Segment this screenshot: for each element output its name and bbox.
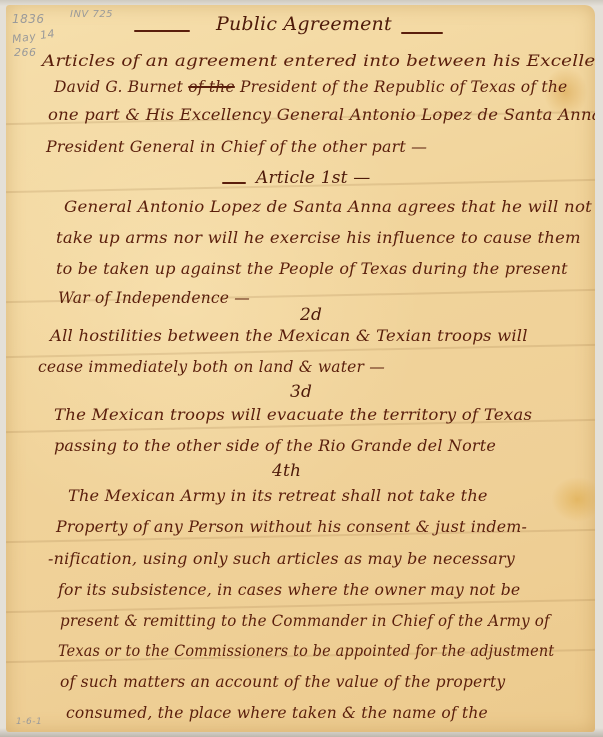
- archival-year: 1836: [12, 13, 45, 25]
- article-3-line-2: passing to the other side of the Rio Gra…: [54, 437, 496, 455]
- article-4-line-7: of such matters an account of the value …: [60, 673, 505, 691]
- preamble-line-2: David G. Burnet of the President of the …: [54, 78, 567, 96]
- article-4-line-5: present & remitting to the Commander in …: [60, 612, 550, 630]
- archival-footer-ref: 1-6-1: [16, 716, 42, 728]
- bleed-through: [6, 344, 595, 358]
- manuscript-page: 1836 INV 725 May 14 266 1-6-1 Public Agr…: [6, 5, 595, 732]
- archival-number: 266: [14, 47, 37, 59]
- article-3-heading: 3d: [290, 382, 312, 402]
- article-4-line-2: Property of any Person without his conse…: [56, 518, 527, 536]
- article-4-heading: 4th: [272, 461, 301, 481]
- preamble-line-1: Articles of an agreement entered into be…: [42, 52, 595, 70]
- document-title: Public Agreement: [216, 13, 392, 35]
- article-1-line-4: War of Independence —: [58, 289, 250, 307]
- article-4-line-3: -nification, using only such articles as…: [48, 550, 515, 568]
- signatory-burnet: David G. Burnet: [54, 78, 183, 96]
- archival-date: May 14: [11, 28, 55, 46]
- scan-frame: 1836 INV 725 May 14 266 1-6-1 Public Agr…: [0, 0, 603, 737]
- title-dash-left: [134, 30, 190, 32]
- archival-inventory: INV 725: [70, 9, 113, 21]
- article-3-line-1: The Mexican troops will evacuate the ter…: [54, 406, 532, 424]
- article-1-line-1: General Antonio Lopez de Santa Anna agre…: [64, 198, 592, 216]
- preamble-line-4: President General in Chief of the other …: [46, 138, 427, 156]
- article-1-line-2: take up arms nor will he exercise his in…: [56, 229, 581, 247]
- article-4-line-6: Texas or to the Commissioners to be appo…: [58, 642, 554, 660]
- article-1-line-3: to be taken up against the People of Tex…: [56, 260, 568, 278]
- article-4-line-1: The Mexican Army in its retreat shall no…: [68, 487, 488, 505]
- article-2-heading: 2d: [300, 305, 322, 325]
- title-dash-right: [401, 32, 443, 34]
- struck-text: of the: [188, 78, 235, 96]
- article-1-heading: Article 1st —: [256, 168, 370, 188]
- article-4-line-4: for its subsistence, in cases where the …: [58, 581, 520, 599]
- preamble-line-3: one part & His Excellency General Antoni…: [48, 106, 595, 124]
- article-2-line-2: cease immediately both on land & water —: [38, 358, 385, 376]
- article-4-line-8: consumed, the place where taken & the na…: [66, 704, 488, 722]
- article-2-line-1: All hostilities between the Mexican & Te…: [50, 327, 528, 345]
- burnet-title: President of the Republic of Texas of th…: [240, 78, 567, 96]
- article-dash: [222, 182, 246, 184]
